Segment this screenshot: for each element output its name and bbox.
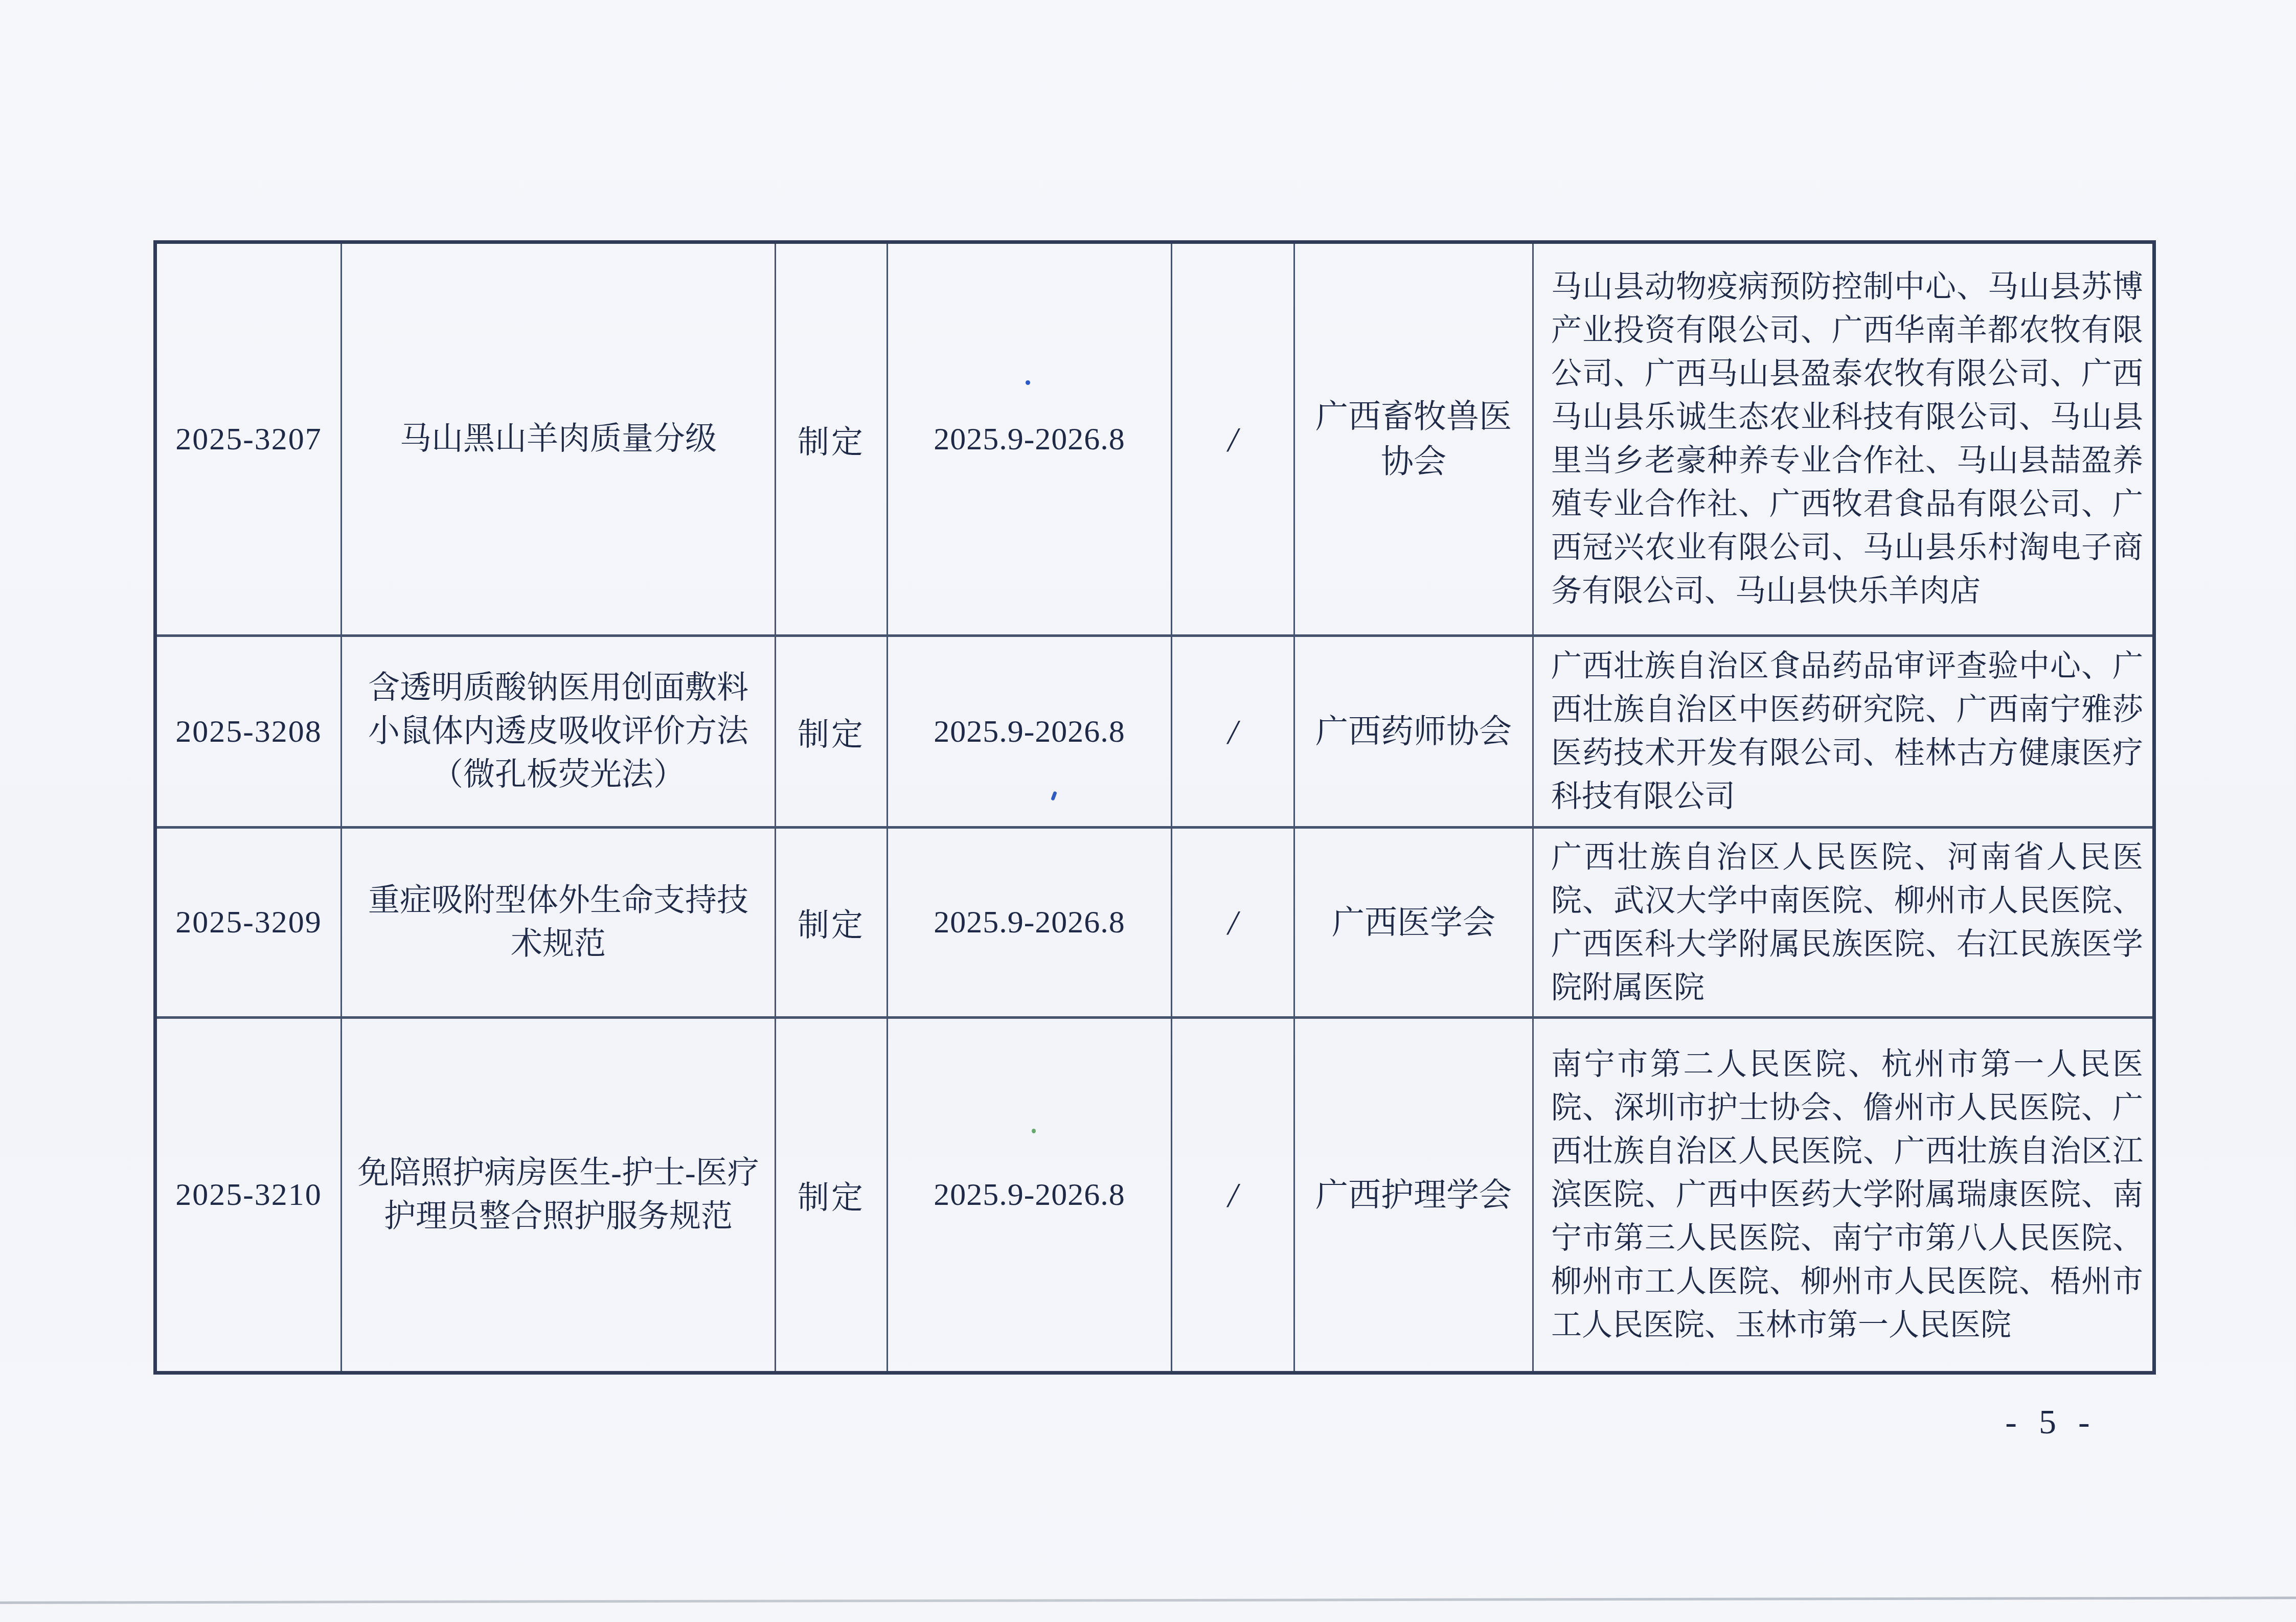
project-name-cell: 马山黑山羊肉质量分级 [342,242,776,636]
ink-speck [1032,1129,1036,1133]
standards-project-table: 2025-3207 马山黑山羊肉质量分级 制定 2025.9-2026.8 / … [153,240,2156,1375]
period-cell: 2025.9-2026.8 [888,636,1172,828]
participants-cell: 南宁市第二人民医院、杭州市第一人民医院、深圳市护士协会、儋州市人民医院、广西壮族… [1533,1018,2154,1373]
revision-type-cell: 制定 [776,242,888,636]
participants-cell: 马山县动物疫病预防控制中心、马山县苏博产业投资有限公司、广西华南羊都农牧有限公司… [1533,242,2154,636]
paper-edge-shadow [0,1596,2296,1604]
table-row: 2025-3210 免陪照护病房医生-护士-医疗护理员整合照护服务规范 制定 2… [155,1018,2154,1373]
organization-cell: 广西畜牧兽医协会 [1294,242,1533,636]
project-id-cell: 2025-3209 [155,828,342,1018]
scanned-document-page: 2025-3207 马山黑山羊肉质量分级 制定 2025.9-2026.8 / … [0,0,2296,1622]
project-name-cell: 免陪照护病房医生-护士-医疗护理员整合照护服务规范 [342,1018,776,1373]
project-name-cell: 含透明质酸钠医用创面敷料小鼠体内透皮吸收评价方法（微孔板荧光法） [342,636,776,828]
placeholder-cell: / [1172,828,1294,1018]
project-name-cell: 重症吸附型体外生命支持技术规范 [342,828,776,1018]
revision-type-cell: 制定 [776,636,888,828]
placeholder-cell: / [1172,242,1294,636]
period-cell: 2025.9-2026.8 [888,828,1172,1018]
placeholder-cell: / [1172,1018,1294,1373]
revision-type-cell: 制定 [776,828,888,1018]
organization-cell: 广西药师协会 [1294,636,1533,828]
table-row: 2025-3207 马山黑山羊肉质量分级 制定 2025.9-2026.8 / … [155,242,2154,636]
organization-cell: 广西护理学会 [1294,1018,1533,1373]
ink-speck [1026,380,1030,385]
table-row: 2025-3208 含透明质酸钠医用创面敷料小鼠体内透皮吸收评价方法（微孔板荧光… [155,636,2154,828]
placeholder-cell: / [1172,636,1294,828]
project-id-cell: 2025-3210 [155,1018,342,1373]
participants-cell: 广西壮族自治区食品药品审评查验中心、广西壮族自治区中医药研究院、广西南宁雅莎医药… [1533,636,2154,828]
page-number: - 5 - [1973,1402,2122,1442]
project-id-cell: 2025-3207 [155,242,342,636]
period-cell: 2025.9-2026.8 [888,242,1172,636]
period-cell: 2025.9-2026.8 [888,1018,1172,1373]
project-id-cell: 2025-3208 [155,636,342,828]
table-row: 2025-3209 重症吸附型体外生命支持技术规范 制定 2025.9-2026… [155,828,2154,1018]
organization-cell: 广西医学会 [1294,828,1533,1018]
revision-type-cell: 制定 [776,1018,888,1373]
participants-cell: 广西壮族自治区人民医院、河南省人民医院、武汉大学中南医院、柳州市人民医院、广西医… [1533,828,2154,1018]
